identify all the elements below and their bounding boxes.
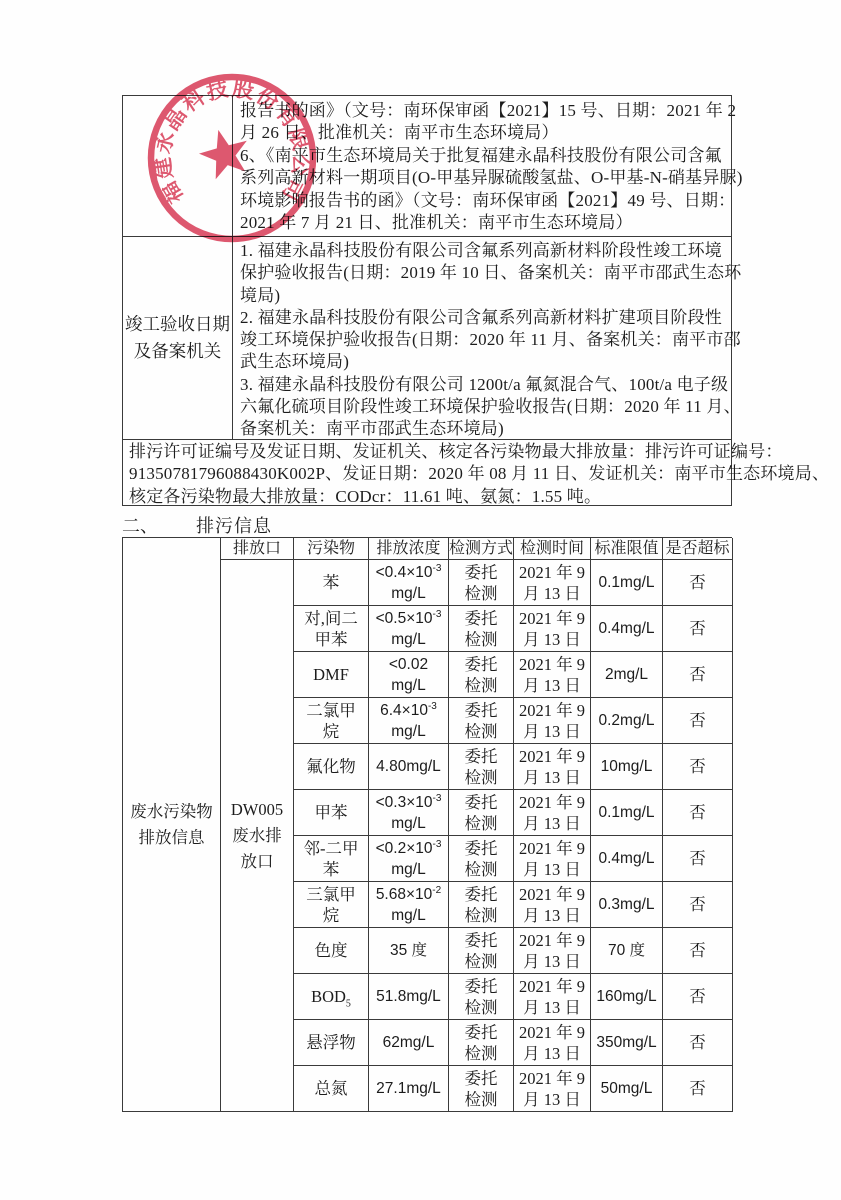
cell-line: 委托 [465, 838, 498, 859]
cell-line: 甲苯 [315, 629, 348, 650]
cell-line: 0.4mg/L [598, 618, 654, 639]
cell-line: 委托 [465, 608, 498, 629]
cell-line: 否 [689, 664, 706, 685]
text-line: 环境影响报告书的函》（文号：南环保审函【2021】49 号、日期： [240, 190, 743, 212]
cell-line: 检测 [465, 675, 498, 696]
outlet-cell: DW005废水排放口 [221, 560, 294, 1112]
text-line: 保护验收报告(日期：2019 年 10 日、备案机关：南平市邵武生态环 [240, 262, 741, 284]
exceeded-cell: 否 [663, 882, 733, 928]
cell-line: 月 13 日 [523, 997, 581, 1018]
acceptance-row: 竣工验收日期及备案机关 1. 福建永晶科技股份有限公司含氟系列高新材料阶段性竣工… [123, 236, 731, 439]
acceptance-row-content: 1. 福建永晶科技股份有限公司含氟系列高新材料阶段性竣工环境保护验收报告(日期：… [233, 237, 747, 439]
exceeded-cell: 否 [663, 560, 733, 606]
header-pollutant: 污染物 [294, 538, 369, 560]
concentration-cell: <0.02mg/L [369, 652, 449, 698]
method-cell: 委托检测 [449, 560, 514, 606]
header-time: 检测时间 [514, 538, 591, 560]
concentration-cell: 62mg/L [369, 1020, 449, 1066]
method-cell: 委托检测 [449, 698, 514, 744]
cell-line: 27.1mg/L [376, 1078, 441, 1099]
concentration-cell: 27.1mg/L [369, 1066, 449, 1112]
text-line: 系列高新材料一期项目(O-甲基异脲硫酸氢盐、O-甲基-N-硝基异脲) [240, 167, 743, 189]
cell-line: 月 13 日 [523, 951, 581, 972]
cell-line: mg/L [391, 675, 425, 696]
superscript: -3 [433, 608, 442, 619]
cell-line: 350mg/L [596, 1032, 656, 1053]
cell-line: 委托 [465, 976, 498, 997]
cell-line: 委托 [465, 562, 498, 583]
cell-line: 2021 年 9 [519, 976, 585, 997]
subscript: 5 [346, 998, 351, 1009]
method-cell: 委托检测 [449, 652, 514, 698]
time-cell: 2021 年 9月 13 日 [514, 560, 591, 606]
cell-line: 2021 年 9 [519, 746, 585, 767]
cell-line: 委托 [465, 792, 498, 813]
cell-line: 否 [689, 1078, 706, 1099]
cell-line: 总氮 [315, 1078, 348, 1099]
superscript: -3 [433, 838, 442, 849]
cell-line: 10mg/L [601, 756, 653, 777]
method-cell: 委托检测 [449, 974, 514, 1020]
cell-line: <0.02 [389, 654, 428, 675]
cell-line: 月 13 日 [523, 813, 581, 834]
cell-line: 6.4×10-3 [380, 700, 437, 721]
cell-line: 否 [689, 756, 706, 777]
header-limit: 标准限值 [591, 538, 663, 560]
concentration-cell: 4.80mg/L [369, 744, 449, 790]
pollutant-cell: BOD5 [294, 974, 369, 1020]
superscript: -3 [433, 562, 442, 573]
time-cell: 2021 年 9月 13 日 [514, 652, 591, 698]
cell-line: 烷 [323, 721, 340, 742]
concentration-cell: 35 度 [369, 928, 449, 974]
cell-line: 2021 年 9 [519, 1068, 585, 1089]
cell-line: 5.68×10-2 [376, 884, 441, 905]
cell-line: 月 13 日 [523, 1043, 581, 1064]
time-cell: 2021 年 9月 13 日 [514, 836, 591, 882]
text-line: DW005 [231, 797, 283, 823]
cell-line: 2021 年 9 [519, 1022, 585, 1043]
cell-line: 70 度 [608, 940, 645, 961]
text-line: 排放信息 [139, 825, 205, 851]
concentration-cell: <0.3×10-3mg/L [369, 790, 449, 836]
approval-row-label-cell [123, 96, 233, 236]
cell-line: 月 13 日 [523, 1089, 581, 1110]
cell-line: mg/L [391, 905, 425, 926]
header-outlet: 排放口 [221, 538, 294, 560]
time-cell: 2021 年 9月 13 日 [514, 790, 591, 836]
cell-line: 委托 [465, 884, 498, 905]
method-cell: 委托检测 [449, 1020, 514, 1066]
cell-line: 月 13 日 [523, 629, 581, 650]
cell-line: mg/L [391, 721, 425, 742]
text-line: 6、《南平市生态环境局关于批复福建永晶科技股份有限公司含氟 [240, 145, 743, 167]
cell-line: 对,间二 [304, 608, 358, 629]
text-line: 放口 [241, 849, 274, 875]
exceeded-cell: 否 [663, 744, 733, 790]
cell-line: <0.2×10-3 [376, 838, 442, 859]
cell-line: 烷 [323, 905, 340, 926]
permit-row-content: 排污许可证编号及发证日期、发证机关、核定各污染物最大排放量：排污许可证编号：91… [123, 440, 835, 505]
text-line: 1. 福建永晶科技股份有限公司含氟系列高新材料阶段性竣工环境 [240, 240, 741, 262]
cell-line: 检测 [465, 813, 498, 834]
cell-line: BOD5 [311, 986, 351, 1007]
cell-line: 委托 [465, 700, 498, 721]
time-cell: 2021 年 9月 13 日 [514, 744, 591, 790]
superscript: -3 [428, 700, 437, 711]
concentration-cell: 51.8mg/L [369, 974, 449, 1020]
time-cell: 2021 年 9月 13 日 [514, 928, 591, 974]
cell-line: 月 13 日 [523, 675, 581, 696]
limit-cell: 0.4mg/L [591, 606, 663, 652]
cell-line: 2021 年 9 [519, 700, 585, 721]
cell-line: 51.8mg/L [376, 986, 441, 1007]
text-line: 月 26 日、批准机关：南平市生态环境局） [240, 122, 743, 144]
approval-docs-row: 报告书的函》（文号：南环保审函【2021】15 号、日期：2021 年 2月 2… [123, 96, 731, 236]
text-line: 武生态环境局) [240, 351, 741, 373]
cell-line: 0.3mg/L [598, 894, 654, 915]
cell-line: 否 [689, 848, 706, 869]
text-line: 核定各污染物最大排放量：CODcr：11.61 吨、氨氮：1.55 吨。 [129, 486, 829, 508]
text-line: 竣工验收日期 [125, 311, 230, 338]
cell-line: 检测 [465, 629, 498, 650]
exceeded-cell: 否 [663, 836, 733, 882]
cell-line: 委托 [465, 746, 498, 767]
method-cell: 委托检测 [449, 1066, 514, 1112]
cell-line: 否 [689, 710, 706, 731]
exceeded-cell: 否 [663, 1066, 733, 1112]
cell-line: 2021 年 9 [519, 654, 585, 675]
exceeded-cell: 否 [663, 790, 733, 836]
cell-line: 62mg/L [383, 1032, 435, 1053]
text-line: 竣工环境保护验收报告(日期：2020 年 11 月、备案机关：南平市邵 [240, 329, 741, 351]
limit-cell: 0.3mg/L [591, 882, 663, 928]
time-cell: 2021 年 9月 13 日 [514, 882, 591, 928]
cell-line: 0.2mg/L [598, 710, 654, 731]
cell-line: 甲苯 [315, 802, 348, 823]
time-cell: 2021 年 9月 13 日 [514, 974, 591, 1020]
limit-cell: 70 度 [591, 928, 663, 974]
pollutant-cell: 甲苯 [294, 790, 369, 836]
cell-line: mg/L [391, 859, 425, 880]
pollutant-cell: 苯 [294, 560, 369, 606]
text-line: 废水排 [232, 823, 282, 849]
cell-line: 检测 [465, 951, 498, 972]
superscript: -2 [432, 884, 441, 895]
concentration-cell: <0.2×10-3mg/L [369, 836, 449, 882]
cell-line: 0.4mg/L [598, 848, 654, 869]
pollutant-cell: 对,间二甲苯 [294, 606, 369, 652]
approval-docs-text: 报告书的函》（文号：南环保审函【2021】15 号、日期：2021 年 2月 2… [233, 96, 749, 236]
concentration-cell: 6.4×10-3mg/L [369, 698, 449, 744]
cell-line: 否 [689, 894, 706, 915]
limit-cell: 0.2mg/L [591, 698, 663, 744]
exceeded-cell: 否 [663, 928, 733, 974]
cell-line: 检测 [465, 997, 498, 1018]
cell-line: 否 [689, 802, 706, 823]
cell-line: 委托 [465, 1022, 498, 1043]
cell-line: 检测 [465, 721, 498, 742]
text-line: 六氟化硫项目阶段性竣工环境保护验收报告(日期：2020 年 11 月、 [240, 396, 741, 418]
cell-line: <0.5×10-3 [376, 608, 442, 629]
pollutant-cell: DMF [294, 652, 369, 698]
limit-cell: 50mg/L [591, 1066, 663, 1112]
exceeded-cell: 否 [663, 652, 733, 698]
method-cell: 委托检测 [449, 606, 514, 652]
cell-line: 4.80mg/L [376, 756, 441, 777]
text-line: 及备案机关 [134, 338, 222, 365]
cell-line: 委托 [465, 654, 498, 675]
section-heading: 二、排污信息 [122, 512, 272, 538]
pollutant-cell: 悬浮物 [294, 1020, 369, 1066]
limit-cell: 0.1mg/L [591, 560, 663, 606]
cell-line: 苯 [323, 572, 340, 593]
cell-line: <0.4×10-3 [376, 562, 442, 583]
discharge-info-table: 废水污染物排放信息 排放口 污染物 排放浓度 检测方式 检测时间 标准限值 是否… [122, 537, 732, 1112]
cell-line: 月 13 日 [523, 767, 581, 788]
cell-line: 2021 年 9 [519, 792, 585, 813]
exceeded-cell: 否 [663, 1020, 733, 1066]
cell-line: 月 13 日 [523, 905, 581, 926]
header-method: 检测方式 [449, 538, 514, 560]
text-line: 91350781796088430K002P、发证日期：2020 年 08 月 … [129, 463, 829, 485]
text-line: 2. 福建永晶科技股份有限公司含氟系列高新材料扩建项目阶段性 [240, 307, 741, 329]
cell-line: 35 度 [390, 940, 427, 961]
document-page: 报告书的函》（文号：南环保审函【2021】15 号、日期：2021 年 2月 2… [0, 0, 841, 1200]
cell-line: 0.1mg/L [598, 802, 654, 823]
concentration-cell: 5.68×10-2mg/L [369, 882, 449, 928]
cell-line: 三氯甲 [306, 884, 356, 905]
limit-cell: 10mg/L [591, 744, 663, 790]
limit-cell: 350mg/L [591, 1020, 663, 1066]
approval-info-table: 报告书的函》（文号：南环保审函【2021】15 号、日期：2021 年 2月 2… [122, 95, 732, 506]
section-title: 排污信息 [196, 512, 272, 538]
time-cell: 2021 年 9月 13 日 [514, 606, 591, 652]
superscript: -3 [433, 792, 442, 803]
section-number: 二、 [122, 512, 158, 538]
method-cell: 委托检测 [449, 836, 514, 882]
limit-cell: 160mg/L [591, 974, 663, 1020]
pollutant-cell: 总氮 [294, 1066, 369, 1112]
cell-line: 50mg/L [601, 1078, 653, 1099]
cell-line: 0.1mg/L [598, 572, 654, 593]
cell-line: 2021 年 9 [519, 562, 585, 583]
method-cell: 委托检测 [449, 882, 514, 928]
text-line: 2021 年 7 月 21 日、批准机关：南平市生态环境局） [240, 212, 743, 234]
cell-line: 检测 [465, 767, 498, 788]
cell-line: 月 13 日 [523, 859, 581, 880]
cell-line: 委托 [465, 1068, 498, 1089]
cell-line: 2021 年 9 [519, 608, 585, 629]
limit-cell: 0.4mg/L [591, 836, 663, 882]
time-cell: 2021 年 9月 13 日 [514, 698, 591, 744]
exceeded-cell: 否 [663, 606, 733, 652]
cell-line: 悬浮物 [306, 1032, 356, 1053]
time-cell: 2021 年 9月 13 日 [514, 1066, 591, 1112]
cell-line: 检测 [465, 905, 498, 926]
text-line: 3. 福建永晶科技股份有限公司 1200t/a 氟氮混合气、100t/a 电子级 [240, 374, 741, 396]
wastewater-info-label-cell: 废水污染物排放信息 [123, 538, 221, 1112]
time-cell: 2021 年 9月 13 日 [514, 1020, 591, 1066]
concentration-cell: <0.5×10-3mg/L [369, 606, 449, 652]
method-cell: 委托检测 [449, 790, 514, 836]
method-cell: 委托检测 [449, 744, 514, 790]
method-cell: 委托检测 [449, 928, 514, 974]
cell-line: 160mg/L [596, 986, 656, 1007]
permit-row: 排污许可证编号及发证日期、发证机关、核定各污染物最大排放量：排污许可证编号：91… [123, 439, 731, 505]
cell-line: 苯 [323, 859, 340, 880]
text-line: 报告书的函》（文号：南环保审函【2021】15 号、日期：2021 年 2 [240, 100, 743, 122]
concentration-cell: <0.4×10-3mg/L [369, 560, 449, 606]
cell-line: 2021 年 9 [519, 838, 585, 859]
text-line: 备案机关：南平市邵武生态环境局) [240, 418, 741, 440]
cell-line: 否 [689, 1032, 706, 1053]
exceeded-cell: 否 [663, 698, 733, 744]
cell-line: 月 13 日 [523, 721, 581, 742]
text-line: 排污许可证编号及发证日期、发证机关、核定各污染物最大排放量：排污许可证编号： [129, 441, 829, 463]
cell-line: 月 13 日 [523, 583, 581, 604]
cell-line: 检测 [465, 583, 498, 604]
cell-line: 色度 [315, 940, 348, 961]
text-line: 废水污染物 [130, 799, 213, 825]
cell-line: 2021 年 9 [519, 930, 585, 951]
header-exceeded: 是否超标 [663, 538, 733, 560]
cell-line: <0.3×10-3 [376, 792, 442, 813]
cell-line: 否 [689, 986, 706, 1007]
cell-line: 2021 年 9 [519, 884, 585, 905]
cell-line: DMF [313, 664, 349, 685]
limit-cell: 2mg/L [591, 652, 663, 698]
cell-line: mg/L [391, 629, 425, 650]
cell-line: 检测 [465, 1043, 498, 1064]
header-concentration: 排放浓度 [369, 538, 449, 560]
cell-line: 否 [689, 618, 706, 639]
pollutant-cell: 氟化物 [294, 744, 369, 790]
cell-line: 邻-二甲 [304, 838, 359, 859]
pollutant-cell: 三氯甲烷 [294, 882, 369, 928]
text-line: 境局) [240, 285, 741, 307]
cell-line: mg/L [391, 583, 425, 604]
limit-cell: 0.1mg/L [591, 790, 663, 836]
cell-line: 委托 [465, 930, 498, 951]
cell-line: 二氯甲 [306, 700, 356, 721]
pollutant-cell: 二氯甲烷 [294, 698, 369, 744]
acceptance-row-label: 竣工验收日期及备案机关 [123, 237, 233, 439]
cell-line: 氟化物 [306, 756, 356, 777]
exceeded-cell: 否 [663, 974, 733, 1020]
pollutant-cell: 邻-二甲苯 [294, 836, 369, 882]
cell-line: 否 [689, 572, 706, 593]
pollutant-cell: 色度 [294, 928, 369, 974]
cell-line: mg/L [391, 813, 425, 834]
cell-line: 检测 [465, 859, 498, 880]
cell-line: 检测 [465, 1089, 498, 1110]
cell-line: 2mg/L [605, 664, 648, 685]
cell-line: 否 [689, 940, 706, 961]
